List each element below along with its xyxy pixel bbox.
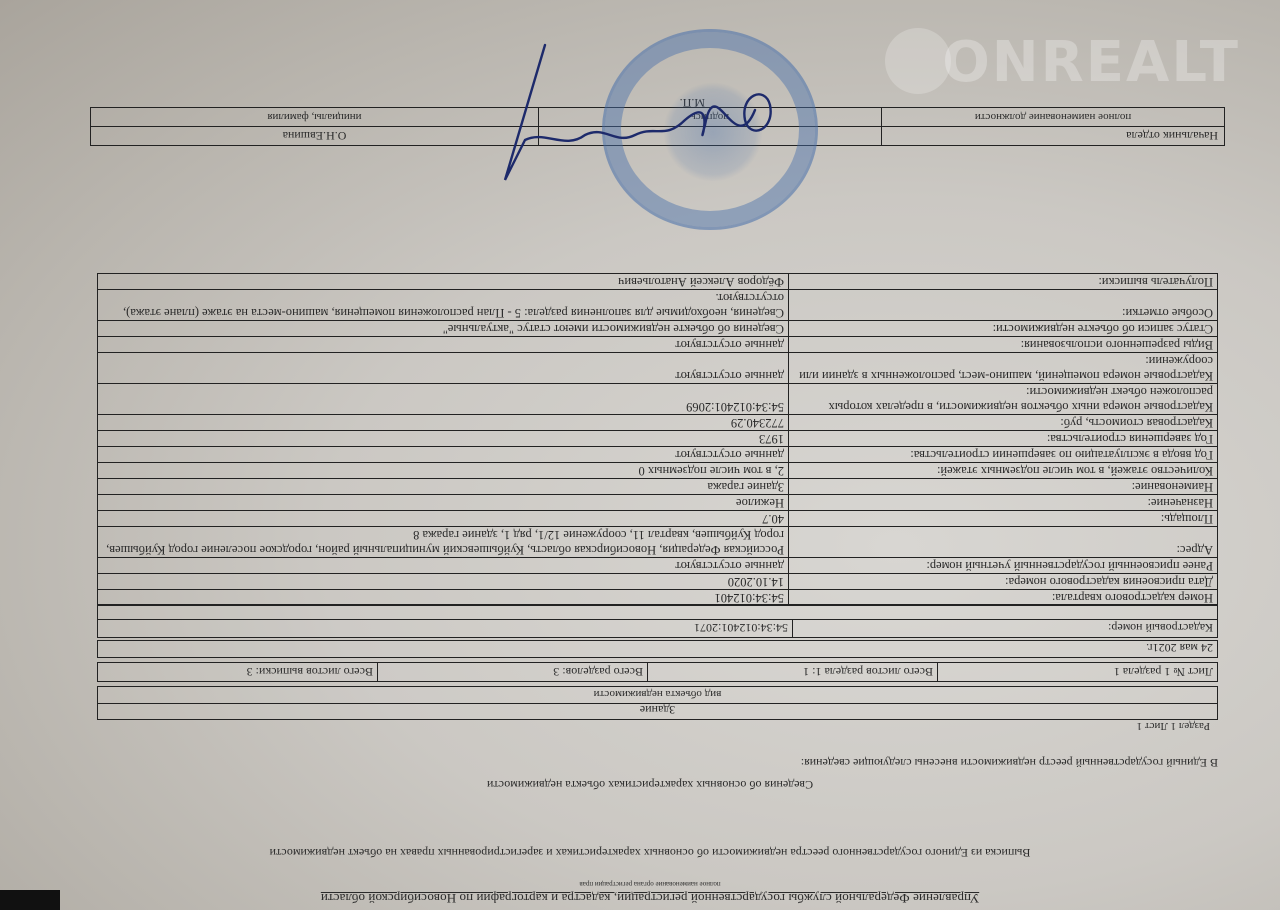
row-label: Год ввода в эксплуатацию по завершении с… [789,447,1218,463]
table-row: Количество этажей, в том числе подземных… [98,463,1218,479]
table-row: Кадастровая стоимость, руб:772340.29 [98,415,1218,431]
row-label: Кадастровые номера иных объектов недвижи… [789,384,1218,415]
table-row: Особые отметки:Сведения, необходимые для… [98,290,1218,321]
row-value: 2, в том числе подземных 0 [98,463,789,479]
row-value: 1973 [98,431,789,447]
row-value: 54:34:012401 [98,590,789,606]
row-label: Ранее присвоенный государственный учетны… [789,558,1218,574]
signer-name: О.Н.Евшина [91,127,539,146]
total-sheets: Всего листов выписки: 3 [98,663,377,681]
row-label: Дата присвоения кадастрового номера: [789,574,1218,590]
table-row: Номер кадастрового квартала:54:34:012401 [98,590,1218,606]
row-value: данные отсутствуют [98,337,789,353]
row-label: Наименование: [789,479,1218,495]
row-label: Получатель выписки: [789,274,1218,290]
row-value: Сведения, необходимые для заполнения раз… [98,290,789,321]
table-row: Адрес:Российская Федерация, Новосибирска… [98,527,1218,558]
cadastral-box: Кадастровый номер: 54:34:012401:2071 [97,604,1218,638]
row-label: Виды разрешенного использования: [789,337,1218,353]
table-row: Кадастровые номера помещений, машино-мес… [98,353,1218,384]
table-row: Получатель выписки:Фёдоров Алексей Анато… [98,274,1218,290]
row-label: Количество этажей, в том числе подземных… [789,463,1218,479]
row-value: Нежилое [98,495,789,511]
row-value: 40.7 [98,511,789,527]
object-type-value: Здание [98,703,1217,719]
table-row: Дата присвоения кадастрового номера:14.1… [98,574,1218,590]
document-subtitle: Сведения об основных характеристиках объ… [80,777,1220,792]
row-value: Российская Федерация, Новосибирская обла… [98,527,789,558]
total-sections: Всего разделов: 3 [377,663,647,681]
table-row: Статус записи об объекте недвижимости:Св… [98,321,1218,337]
row-value: Сведения об объекте недвижимости имеют с… [98,321,789,337]
row-label: Кадастровая стоимость, руб: [789,415,1218,431]
row-label: Год завершения строительства: [789,431,1218,447]
table-row: Наименование:Здание гаража [98,479,1218,495]
sheet-number: Лист № 1 раздела 1 [937,663,1217,681]
table-row: Виды разрешенного использования:данные о… [98,337,1218,353]
sheets-in-section: Всего листов раздела 1: 1 [647,663,937,681]
cadastral-number-value: 54:34:012401:2071 [690,620,792,637]
position-caption: полное наименование должности [882,108,1225,127]
row-label: Адрес: [789,527,1218,558]
intro-text: В Единый государственный реестр недвижим… [801,755,1218,770]
table-row: Кадастровые номера иных объектов недвижи… [98,384,1218,415]
extract-date: 24 мая 2021г. [98,639,1217,657]
sheet-info-row: Лист № 1 раздела 1 Всего листов раздела … [97,662,1218,682]
row-label: Особые отметки: [789,290,1218,321]
row-label: Номер кадастрового квартала: [789,590,1218,606]
object-type-caption: вид объекта недвижимости [98,685,1217,703]
object-type-box: Здание вид объекта недвижимости [97,686,1218,720]
table-row: Площадь:40.7 [98,511,1218,527]
row-value: данные отсутствуют [98,447,789,463]
date-row: 24 мая 2021г. [97,640,1218,658]
section-label: Раздел 1 Лист 1 [1137,720,1210,732]
table-row: Назначение:Нежилое [98,495,1218,511]
document-sheet: Управление Федеральной службы государств… [0,0,1280,910]
row-label: Статус записи об объекте недвижимости: [789,321,1218,337]
table-row: Ранее присвоенный государственный учетны… [98,558,1218,574]
table-row: Год завершения строительства:1973 [98,431,1218,447]
organization-caption: полное наименование органа регистрации п… [150,880,1150,888]
document-title: Выписка из Единого государственного реес… [80,845,1220,860]
characteristics-table: Номер кадастрового квартала:54:34:012401… [97,273,1218,606]
row-value: 54:34:012401:2069 [98,384,789,415]
name-caption: инициалы, фамилия [91,108,539,127]
row-value: данные отсутствуют [98,558,789,574]
organization-name: Управление Федеральной службы государств… [150,890,1150,906]
position-value: Начальник отдела [882,127,1225,146]
row-value: Фёдоров Алексей Анатольевич [98,274,789,290]
row-label: Площадь: [789,511,1218,527]
cadastral-number-label: Кадастровый номер: [792,620,1217,637]
table-row: Год ввода в эксплуатацию по завершении с… [98,447,1218,463]
row-value: данные отсутствуют [98,353,789,384]
row-value: Здание гаража [98,479,789,495]
handwritten-signature-icon [475,40,775,220]
row-value: 772340.29 [98,415,789,431]
row-value: 14.10.2020 [98,574,789,590]
row-label: Кадастровые номера помещений, машино-мес… [789,353,1218,384]
row-label: Назначение: [789,495,1218,511]
